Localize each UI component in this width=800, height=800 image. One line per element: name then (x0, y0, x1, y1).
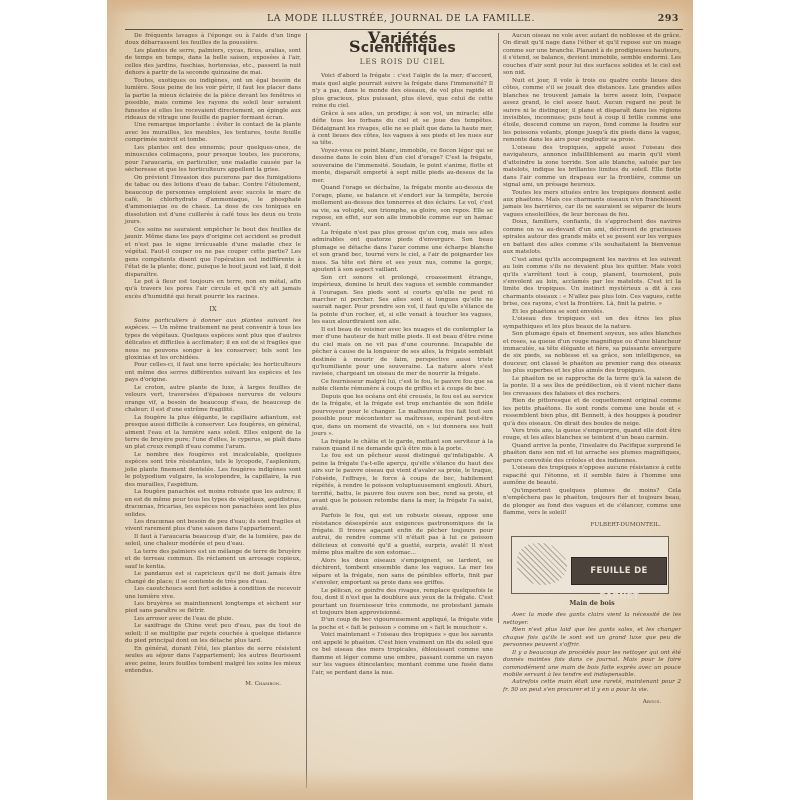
column-science: Variétés Scientifiques LES ROIS DU CIEL … (312, 33, 493, 677)
article-paragraphs-continued: Aucun oiseau ne vole avec autant de nobl… (503, 33, 681, 517)
vignette-banner: FEUILLE DE CARNET (571, 557, 667, 585)
paragraph: Son plumage épais et finement soyeux, se… (503, 331, 681, 376)
paragraph: Le pot à fleur est toujours en terre, no… (125, 279, 301, 301)
paragraph: En général, durant l'été, les plantes de… (125, 646, 301, 676)
column-science-continued: Aucun oiseau ne vole avec autant de nobl… (503, 33, 681, 707)
paragraph: Depuis que les océans ont été creusés, l… (312, 394, 493, 439)
page-header: LA MODE ILLUSTRÉE, JOURNAL DE LA FAMILLE… (117, 13, 685, 29)
paragraph: La frégate n'est pas plus grosse qu'un c… (312, 230, 493, 275)
paragraph: Les dracœnas ont besoin de peu d'eau; il… (125, 519, 301, 534)
feuillet-vignette-illustration: FEUILLE DE CARNET (511, 536, 669, 594)
paragraph: Les bruyères se maintiennent longtemps e… (125, 601, 301, 616)
paragraph: Nuit et jour, il vole à trois ou quatre … (503, 78, 681, 145)
paragraph: La terre des palmiers est un mélange de … (125, 549, 301, 571)
paragraph: Quand arrive la ponte, l'insulaire du Pa… (503, 443, 681, 465)
paragraph: Ces soins ne sauraient empêcher le bout … (125, 227, 301, 279)
paragraph: Il y a beaucoup de procédés pour les net… (503, 650, 681, 680)
paragraph: Quand l'orage se déchaîne, la frégate mo… (312, 185, 493, 230)
paragraph: Les arroser avec de l'eau de pluie. (125, 616, 301, 623)
paragraph: L'oiseau des tropiques est un des êtres … (503, 316, 681, 331)
paragraph: Il faut à l'araucaria beaucoup d'air, de… (125, 534, 301, 549)
section-number: IX (125, 306, 301, 313)
paragraph: Parfois le fou, qui est un robuste oisea… (312, 513, 493, 558)
feuilleton-paragraphs: Avec la mode des gants clairs vient la n… (503, 612, 681, 694)
column-divider (498, 33, 499, 623)
paragraph: Les plantes de serre, palmiers, cycas, f… (125, 48, 301, 78)
section-heading: Variétés Scientifiques (312, 34, 493, 53)
paragraph: La fougère panachée est moins robuste qu… (125, 489, 301, 519)
section-lead-text: — Un même traitement ne peut convenir à … (125, 325, 301, 361)
author-signature: M. Chambon. (125, 681, 301, 688)
header-rule (125, 29, 683, 30)
paragraph: La frégate le châtie et le garde, mettan… (312, 439, 493, 454)
plants-paragraphs: De fréquents lavages à l'éponge ou à l'a… (125, 33, 301, 301)
hand-sketch-icon (517, 543, 567, 585)
paragraph: Il est beau de voisiner avec les nuages … (312, 327, 493, 379)
paragraph: Toutes les mers situées entre les tropiq… (503, 190, 681, 220)
paragraph: Les caoutchoucs sont fort solides à cond… (125, 586, 301, 601)
paragraph: L'oiseau des tropiques, appelé aussi l'o… (503, 145, 681, 190)
paragraph: Voici d'abord la frégate : c'est l'aigle… (312, 73, 493, 110)
paragraph: Grâce à ses ailes, un prodige; à son vol… (312, 111, 493, 148)
feuilleton-signature: Argus. (503, 699, 681, 706)
paragraph: D'un coup de bec vigoureusement appliqué… (312, 617, 493, 632)
feuilleton-title: Main de bois (503, 600, 681, 607)
paragraph: Alors les deux oiseaux s'empoignent, se … (312, 558, 493, 588)
paragraph: De fréquents lavages à l'éponge ou à l'a… (125, 33, 301, 48)
journal-title: LA MODE ILLUSTRÉE, JOURNAL DE LA FAMILLE… (117, 13, 685, 24)
paragraph: Aucun oiseau ne vole avec autant de nobl… (503, 33, 681, 78)
paragraph: Autrefois cette main était une rareté, m… (503, 679, 681, 694)
paragraph: Le saxifrage de Chine veut peu d'eau, pa… (125, 623, 301, 645)
paragraph: Qu'importent quelques plumes de moins? C… (503, 488, 681, 518)
paragraph: Rien de pittoresque et de coquettement o… (503, 398, 681, 428)
column-plants: De fréquents lavages à l'éponge ou à l'a… (125, 33, 301, 688)
paragraph: Le fou est un pêcheur aussi distingué qu… (312, 453, 493, 513)
section-lead: Soins particuliers à donner aux plantes … (125, 318, 301, 363)
paragraph: Une remarque importante : éviter le cont… (125, 122, 301, 144)
plants-paragraphs-continued: Pour celles-ci, il faut une terre spécia… (125, 362, 301, 675)
paragraph: C'est ainsi qu'ils accompagnent les navi… (503, 257, 681, 309)
author-signature: FULBERT-DUMONTEIL. (503, 522, 681, 529)
paragraph: Doux, familiers, confiants, ils s'approc… (503, 219, 681, 256)
paragraph: Vers trois ans, la queue s'empourpre, qu… (503, 428, 681, 443)
paragraph: Voyez-vous ce point blanc, immobile, ce … (312, 148, 493, 185)
paragraph: Pour celles-ci, il faut une terre spécia… (125, 362, 301, 384)
paragraph: Rien n'est plus laid que les gants sales… (503, 627, 681, 649)
paragraph: Avec la mode des gants clairs vient la n… (503, 612, 681, 627)
column-divider (306, 33, 307, 788)
paragraph: Ce fournisseur malgré lui, c'est le fou,… (312, 379, 493, 394)
paragraph: Toutes, exotiques ou indigènes, ont un é… (125, 78, 301, 123)
paragraph: Son cri sonore et prolongé, croassement … (312, 275, 493, 327)
paragraph: Le nombre des fougères est incalculable,… (125, 452, 301, 489)
paragraph: Voici maintenant « l'oiseau des tropique… (312, 632, 493, 677)
page-number: 293 (658, 13, 679, 24)
paragraph: Le croton, autre plante de luxe, à large… (125, 385, 301, 415)
paragraph: Le pandanus est si capricieux qu'il ne d… (125, 571, 301, 586)
paragraph: La fougère la plus élégante, le capillai… (125, 415, 301, 452)
paragraph: L'oiseau des tropiques n'oppose aucune r… (503, 465, 681, 487)
paragraph: Le phaéton ne se rapproche de la terre q… (503, 376, 681, 398)
article-subtitle: LES ROIS DU CIEL (312, 58, 493, 65)
paragraph: On prévient l'invasion des pucerons par … (125, 175, 301, 227)
article-paragraphs: Voici d'abord la frégate : c'est l'aigle… (312, 73, 493, 677)
paragraph: Les plantes ont des ennemis; pour quelqu… (125, 145, 301, 175)
newspaper-page: LA MODE ILLUSTRÉE, JOURNAL DE LA FAMILLE… (107, 0, 693, 800)
paragraph: Le pélican, ce goinfre des rivages, remp… (312, 588, 493, 618)
